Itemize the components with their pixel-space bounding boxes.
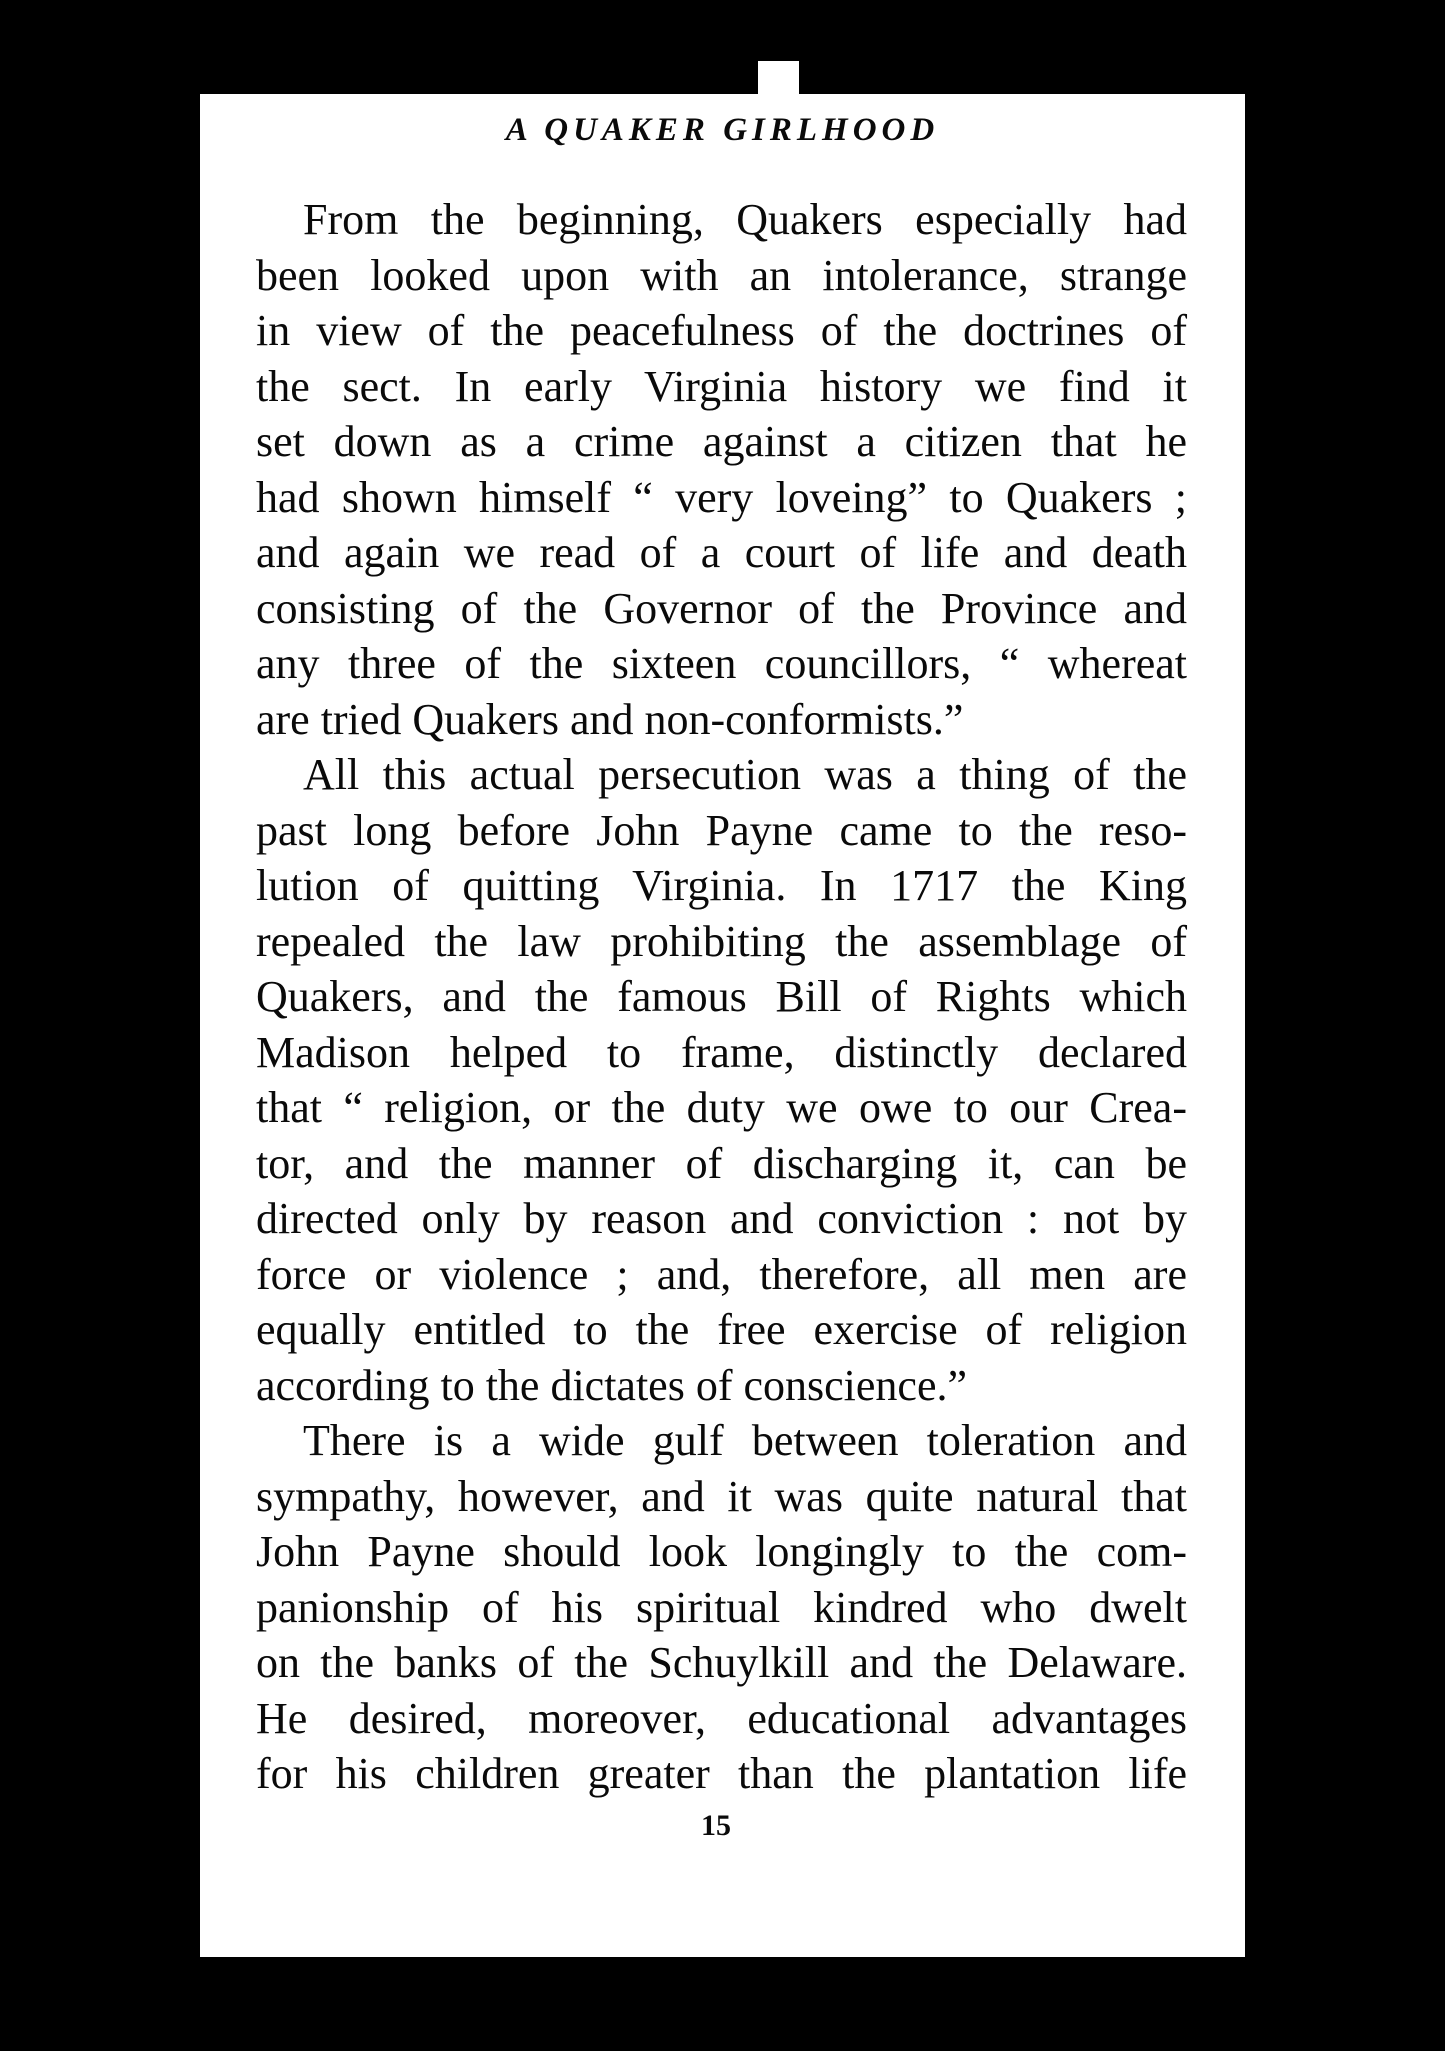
text-line: Quakers, and the famous Bill of Rights w… — [256, 969, 1187, 1025]
text-line: directed only by reason and conviction :… — [256, 1191, 1187, 1247]
text-line: in view of the peacefulness of the doctr… — [256, 303, 1187, 359]
text-line: been looked upon with an intolerance, st… — [256, 248, 1187, 304]
paragraph-1: From the beginning, Quakers especially h… — [256, 192, 1187, 747]
text-line: sympathy, however, and it was quite natu… — [256, 1469, 1187, 1525]
text-line: repealed the law prohibiting the assembl… — [256, 914, 1187, 970]
text-line: force or violence ; and, therefore, all … — [256, 1247, 1187, 1303]
text-line: Madison helped to frame, distinctly decl… — [256, 1025, 1187, 1081]
text-line: and again we read of a court of life and… — [256, 525, 1187, 581]
text-line: are tried Quakers and non-conformists.” — [256, 692, 1187, 748]
page-number: 15 — [200, 1806, 1232, 1846]
text-line: John Payne should look longingly to the … — [256, 1524, 1187, 1580]
text-line: All this actual persecution was a thing … — [303, 747, 1187, 803]
book-page: A QUAKER GIRLHOOD From the beginning, Qu… — [200, 94, 1245, 1957]
text-line: according to the dictates of conscience.… — [256, 1358, 1187, 1414]
text-line: He desired, moreover, educational advant… — [256, 1691, 1187, 1747]
paragraph-3: There is a wide gulf between toleration … — [256, 1413, 1187, 1802]
text-line: tor, and the manner of discharging it, c… — [256, 1136, 1187, 1192]
paragraph-2: All this actual persecution was a thing … — [256, 747, 1187, 1413]
text-line: for his children greater than the planta… — [256, 1746, 1187, 1802]
running-head: A QUAKER GIRLHOOD — [200, 108, 1245, 152]
body-text: From the beginning, Quakers especially h… — [256, 192, 1187, 1802]
text-line: past long before John Payne came to the … — [256, 803, 1187, 859]
text-line: set down as a crime against a citizen th… — [256, 414, 1187, 470]
text-line: on the banks of the Schuylkill and the D… — [256, 1635, 1187, 1691]
text-line: From the beginning, Quakers especially h… — [303, 192, 1187, 248]
text-line: equally entitled to the free exercise of… — [256, 1302, 1187, 1358]
text-line: any three of the sixteen councillors, “ … — [256, 636, 1187, 692]
text-line: panionship of his spiritual kindred who … — [256, 1580, 1187, 1636]
text-line: lution of quitting Virginia. In 1717 the… — [256, 858, 1187, 914]
text-line: consisting of the Governor of the Provin… — [256, 581, 1187, 637]
text-line: that “ religion, or the duty we owe to o… — [256, 1080, 1187, 1136]
page-edge-tab — [758, 61, 799, 95]
text-line: There is a wide gulf between toleration … — [303, 1413, 1187, 1469]
text-line: had shown himself “ very loveing” to Qua… — [256, 470, 1187, 526]
text-line: the sect. In early Virginia history we f… — [256, 359, 1187, 415]
